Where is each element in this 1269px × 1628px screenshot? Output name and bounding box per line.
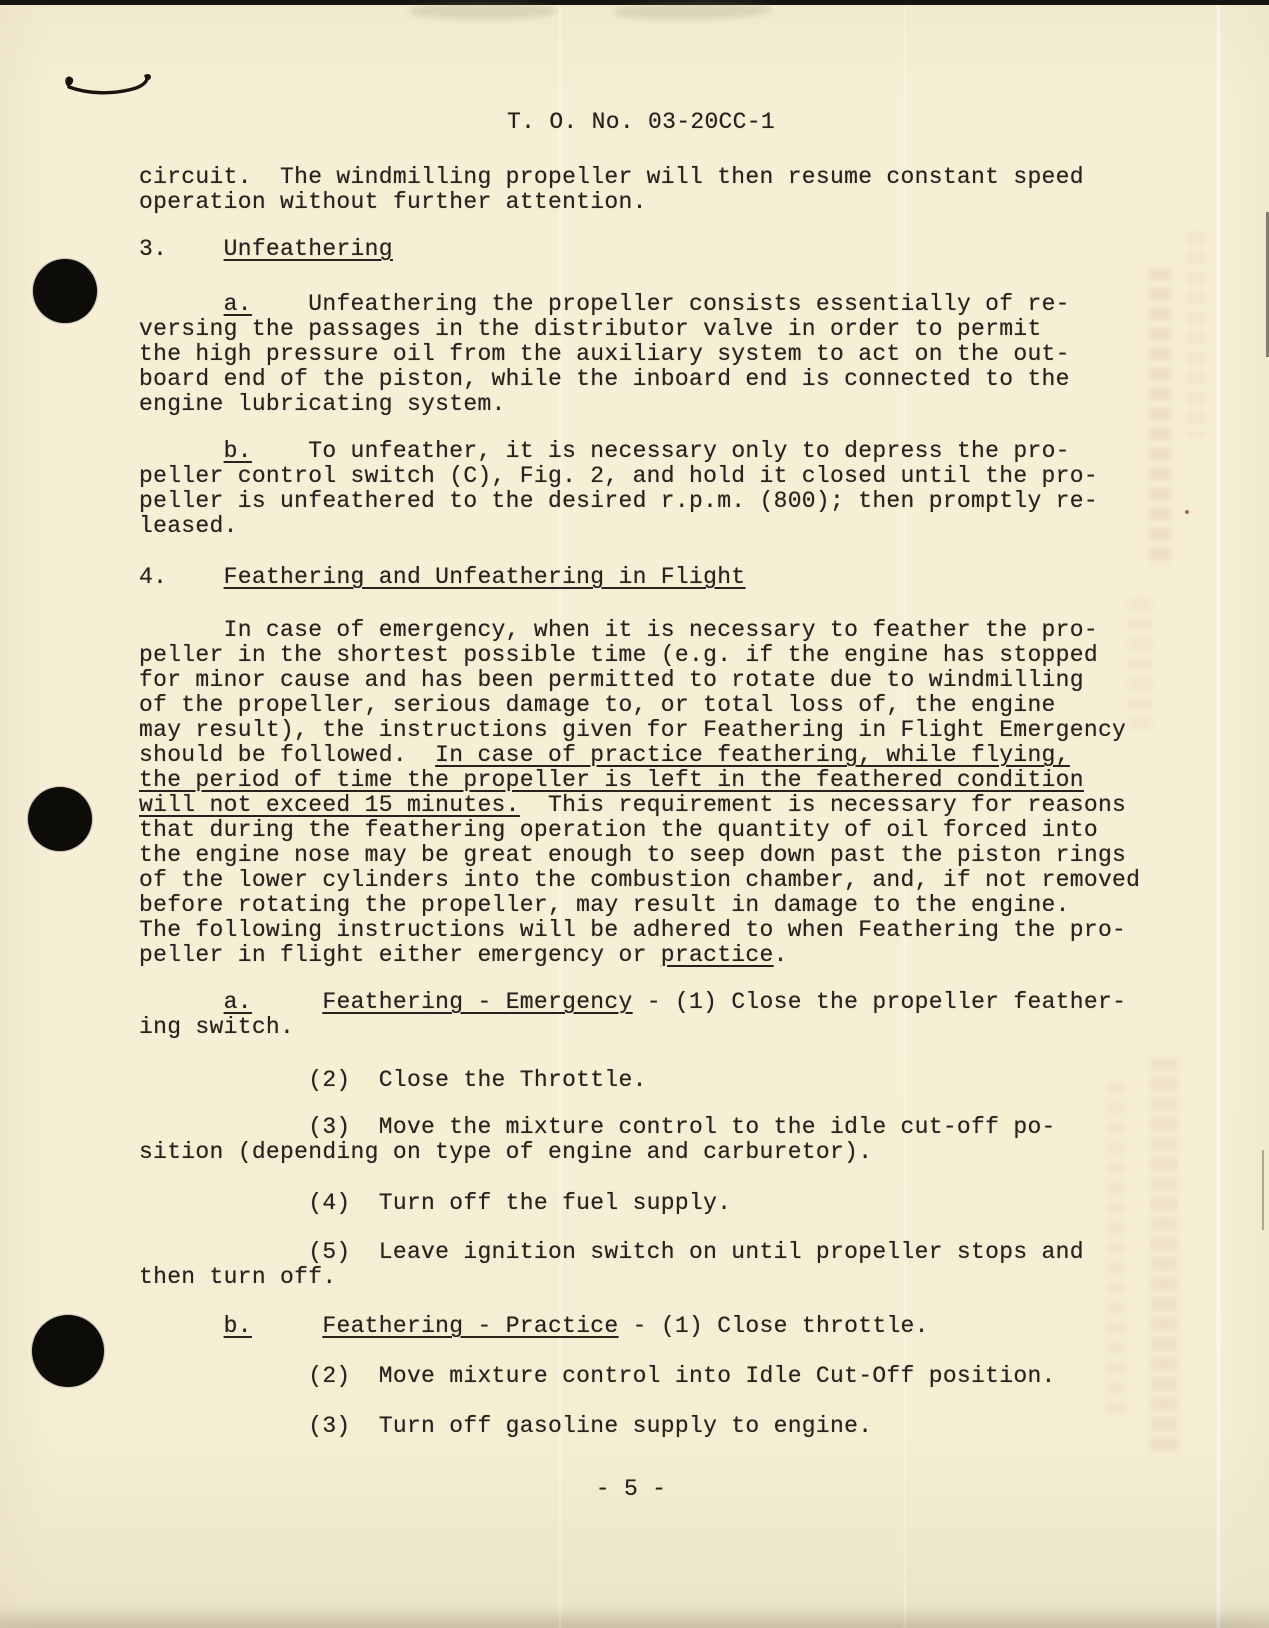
feathering-emergency-item-4: (4) Turn off the fuel supply. bbox=[139, 1191, 1163, 1216]
text-line: (3) Move the mixture control to the idle… bbox=[139, 1115, 1163, 1140]
text-line: ing switch. bbox=[139, 1015, 1163, 1040]
text-line: should be followed. In case of practice … bbox=[139, 743, 1163, 768]
text-line: may result), the instructions given for … bbox=[139, 718, 1163, 743]
text-line: that during the feathering operation the… bbox=[139, 818, 1163, 843]
feathering-emergency-item-3: (3) Move the mixture control to the idle… bbox=[139, 1115, 1163, 1165]
text-line: 3. Unfeathering bbox=[139, 237, 1163, 262]
text-line: engine lubricating system. bbox=[139, 392, 1163, 417]
text-line: 4. Feathering and Unfeathering in Flight bbox=[139, 565, 1163, 590]
text-line: the period of time the propeller is left… bbox=[139, 768, 1163, 793]
text-line: board end of the piston, while the inboa… bbox=[139, 367, 1163, 392]
text-line: b. To unfeather, it is necessary only to… bbox=[139, 439, 1163, 464]
feathering-emergency-item-2: (2) Close the Throttle. bbox=[139, 1068, 1163, 1093]
text-line: of the lower cylinders into the combusti… bbox=[139, 868, 1163, 893]
text-line: In case of emergency, when it is necessa… bbox=[139, 618, 1163, 643]
document-blocks: circuit. The windmilling propeller will … bbox=[139, 137, 1163, 1502]
text-line: the engine nose may be great enough to s… bbox=[139, 843, 1163, 868]
page-number: - 5 - bbox=[139, 1477, 1123, 1502]
hole-punch bbox=[33, 259, 97, 323]
top-smudge bbox=[408, 2, 558, 20]
text-line: peller is unfeathered to the desired r.p… bbox=[139, 489, 1163, 514]
text-line: peller in the shortest possible time (e.… bbox=[139, 643, 1163, 668]
feathering-emergency-item-1: a. Feathering - Emergency - (1) Close th… bbox=[139, 990, 1163, 1040]
text-line: before rotating the propeller, may resul… bbox=[139, 893, 1163, 918]
feathering-practice-item-2: (2) Move mixture control into Idle Cut-O… bbox=[139, 1364, 1163, 1389]
text-line: a. Unfeathering the propeller consists e… bbox=[139, 292, 1163, 317]
text-line: will not exceed 15 minutes. This require… bbox=[139, 793, 1163, 818]
text-line: a. Feathering - Emergency - (1) Close th… bbox=[139, 990, 1163, 1015]
text-line: of the propeller, serious damage to, or … bbox=[139, 693, 1163, 718]
feathering-emergency-item-5: (5) Leave ignition switch on until prope… bbox=[139, 1240, 1163, 1290]
text-line: then turn off. bbox=[139, 1265, 1163, 1290]
text-line: circuit. The windmilling propeller will … bbox=[139, 165, 1163, 190]
section-3a-paragraph: a. Unfeathering the propeller consists e… bbox=[139, 292, 1163, 417]
scan-edge-right bbox=[1262, 1150, 1264, 1230]
section-3-heading: 3. Unfeathering bbox=[139, 237, 1163, 262]
feathering-practice-item-3: (3) Turn off gasoline supply to engine. bbox=[139, 1414, 1163, 1439]
text-line: the high pressure oil from the auxiliary… bbox=[139, 342, 1163, 367]
section-3b-paragraph: b. To unfeather, it is necessary only to… bbox=[139, 439, 1163, 539]
scan-edge-bottom bbox=[0, 1602, 1269, 1628]
text-line: (2) Close the Throttle. bbox=[139, 1068, 1163, 1093]
section-4-heading: 4. Feathering and Unfeathering in Flight bbox=[139, 565, 1163, 590]
text-line: peller control switch (C), Fig. 2, and h… bbox=[139, 464, 1163, 489]
text-line: (5) Leave ignition switch on until prope… bbox=[139, 1240, 1163, 1265]
text-line: versing the passages in the distributor … bbox=[139, 317, 1163, 342]
text-line: for minor cause and has been permitted t… bbox=[139, 668, 1163, 693]
text-line: (4) Turn off the fuel supply. bbox=[139, 1191, 1163, 1216]
text-line: operation without further attention. bbox=[139, 190, 1163, 215]
text-line: peller in flight either emergency or pra… bbox=[139, 943, 1163, 968]
paper-speck bbox=[1185, 510, 1189, 514]
section-4-paragraph: In case of emergency, when it is necessa… bbox=[139, 618, 1163, 968]
hole-punch bbox=[32, 1315, 104, 1387]
text-line: - 5 - bbox=[139, 1477, 1123, 1502]
scan-edge-top bbox=[0, 0, 1269, 5]
scanned-manual-page: T. O. No. 03-20CC-1 circuit. The windmil… bbox=[0, 0, 1269, 1628]
ink-bleedthrough bbox=[1186, 232, 1206, 437]
document-title: T. O. No. 03-20CC-1 bbox=[139, 110, 1143, 135]
text-line: (3) Turn off gasoline supply to engine. bbox=[139, 1414, 1163, 1439]
hole-punch bbox=[28, 787, 92, 851]
text-line: sition (depending on type of engine and … bbox=[139, 1140, 1163, 1165]
text-line: leased. bbox=[139, 514, 1163, 539]
text-line: The following instructions will be adher… bbox=[139, 918, 1163, 943]
intro-paragraph: circuit. The windmilling propeller will … bbox=[139, 165, 1163, 215]
text-line: (2) Move mixture control into Idle Cut-O… bbox=[139, 1364, 1163, 1389]
text-line: b. Feathering - Practice - (1) Close thr… bbox=[139, 1314, 1163, 1339]
handwritten-ink-mark bbox=[58, 68, 158, 107]
feathering-practice-item-1: b. Feathering - Practice - (1) Close thr… bbox=[139, 1314, 1163, 1339]
